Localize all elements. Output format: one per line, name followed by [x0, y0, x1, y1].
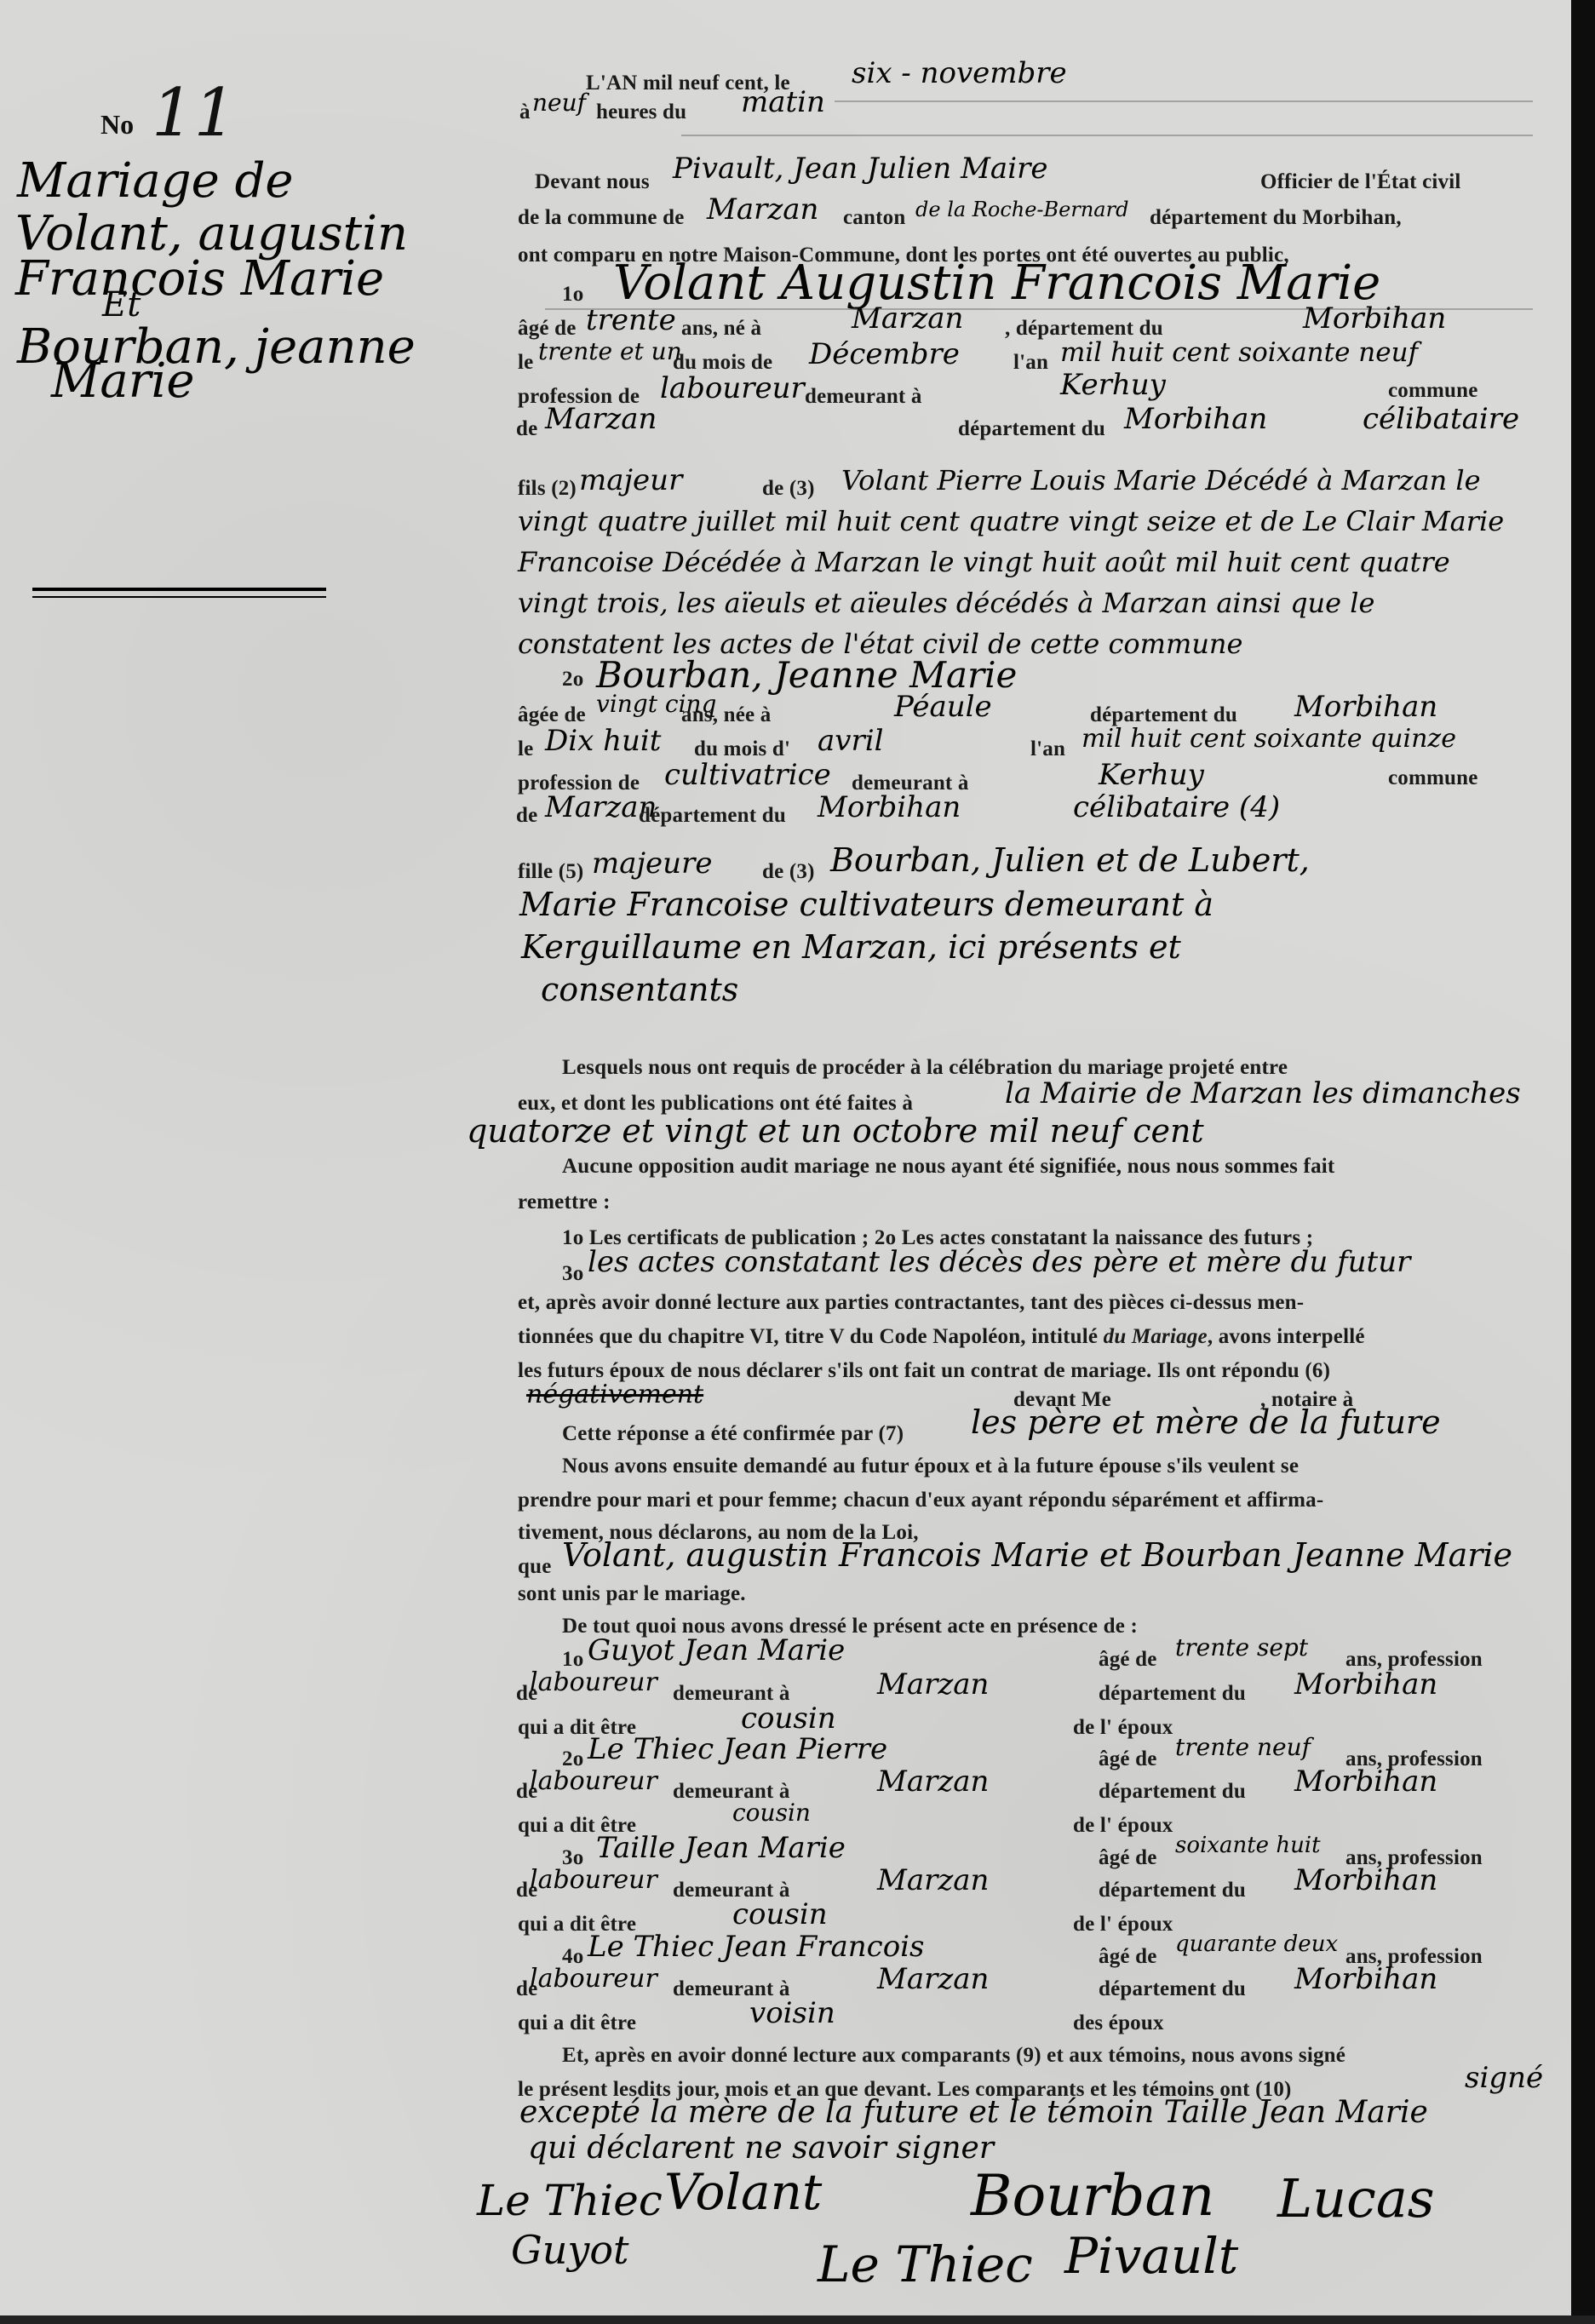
printed-confirmed-by: Cette réponse a été confirmée par (7)	[562, 1422, 904, 1446]
witness-age: soixante huit	[1175, 1833, 1321, 1858]
printed-canton: canton	[843, 206, 905, 230]
printed-contract-1: et, après avoir donné lecture aux partie…	[518, 1291, 1304, 1315]
bride-number: 2o	[562, 668, 583, 691]
groom-profession: laboureur	[660, 371, 805, 405]
item3-number: 3o	[562, 1262, 583, 1286]
printed-groom-residing: demeurant à	[805, 385, 922, 409]
margin-title-line6: Marie	[51, 353, 195, 409]
printed-bride-dept2: département du	[639, 804, 786, 828]
closing-exception-2: qui déclarent ne savoir signer	[528, 2131, 994, 2166]
groom-birth-month: Décembre	[809, 337, 960, 371]
closing-signed: signé	[1465, 2061, 1543, 2095]
printed-hours-du: heures du	[596, 100, 686, 124]
printed-de: de	[516, 417, 537, 441]
bride-birth-month: avril	[818, 724, 883, 758]
groom-age: trente	[586, 303, 676, 337]
printed-union-4: sont unis par le mariage.	[518, 1582, 746, 1606]
groom-birthplace: Marzan	[852, 301, 963, 336]
printed-dept: département du	[1099, 1879, 1246, 1902]
groom-commune: Marzan	[545, 402, 657, 436]
printed-dept: département du	[1099, 1682, 1246, 1706]
witness-dept: Morbihan	[1294, 1765, 1437, 1799]
closing-exception-1: excepté la mère de la future et le témoi…	[519, 2095, 1428, 2130]
witness-profession: laboureur	[530, 1964, 657, 1994]
spouses-names: Volant, augustin Francois Marie et Bourb…	[562, 1536, 1512, 1574]
witness-relation: cousin	[732, 1897, 828, 1931]
bride-status: célibataire (4)	[1073, 790, 1280, 824]
groom-number: 1o	[562, 283, 583, 307]
printed-no-opposition: Aucune opposition audit mariage ne nous …	[562, 1155, 1334, 1179]
witness-profession: laboureur	[530, 1667, 657, 1697]
printed-groom-dept2: département du	[958, 417, 1105, 441]
bride-birth-year: mil huit cent soixante quinze	[1082, 724, 1456, 754]
witness-relation-of: de l' époux	[1073, 1814, 1173, 1838]
printed-officer-title: Officier de l'État civil	[1260, 170, 1461, 194]
witness-name: Le Thiec Jean Francois	[588, 1930, 925, 1964]
bride-parents-line2: Marie Francoise cultivateurs demeurant à	[519, 886, 1213, 923]
printed-bride-of: de (3)	[762, 860, 815, 884]
witness-name: Guyot Jean Marie	[588, 1633, 845, 1667]
margin-divider	[32, 588, 326, 598]
contract-answer: négativement	[526, 1380, 703, 1409]
item3-deaths: les actes constatant les décès des père …	[588, 1245, 1410, 1279]
bride-dept: Morbihan	[818, 790, 961, 824]
bride-majority: majeure	[592, 846, 712, 881]
signature-guyot: Guyot	[511, 2227, 629, 2273]
printed-hour-prefix: à	[519, 100, 531, 124]
printed-contract-2: tionnées que du chapitre VI, titre V du …	[518, 1325, 1365, 1349]
confirmed-by: les père et mère de la future	[971, 1403, 1441, 1441]
printed-de: de	[516, 804, 537, 828]
signature-lucas: Lucas	[1277, 2167, 1435, 2229]
witness-relation-of: de l' époux	[1073, 1913, 1173, 1937]
printed-bride-le: le	[518, 737, 533, 761]
bride-parents-line3: Kerguillaume en Marzan, ici présents et	[521, 928, 1181, 966]
witness-name: Le Thiec Jean Pierre	[588, 1732, 887, 1766]
witness-relation: cousin	[732, 1799, 811, 1827]
printed-groom-le: le	[518, 351, 533, 375]
page-bottom-edge	[0, 2315, 1595, 2324]
margin-title-line3: Francois Marie	[15, 251, 384, 307]
printed-contract-2b: , avons interpellé	[1208, 1325, 1365, 1348]
page-binding-edge	[1571, 0, 1595, 2324]
printed-remettre: remettre :	[518, 1191, 611, 1214]
bride-profession: cultivatrice	[664, 758, 831, 792]
printed-bride-commune: commune	[1388, 766, 1478, 790]
witness-age: quarante deux	[1175, 1931, 1338, 1957]
printed-said-to-be: qui a dit être	[518, 2011, 636, 2035]
witness-dept: Morbihan	[1294, 1863, 1437, 1897]
officer-commune: Marzan	[707, 192, 818, 227]
witness-residence: Marzan	[877, 1863, 989, 1897]
witness-dept: Morbihan	[1294, 1667, 1437, 1701]
groom-birth-year: mil huit cent soixante neuf	[1060, 337, 1418, 368]
act-number: 11	[152, 75, 236, 152]
witness-relation: cousin	[741, 1701, 836, 1736]
bride-parents-line1: Bourban, Julien et de Lubert,	[830, 841, 1310, 879]
witness-profession: laboureur	[530, 1766, 657, 1796]
printed-contract-2a: tionnées que du chapitre VI, titre V du …	[518, 1325, 1098, 1348]
groom-status: célibataire	[1363, 402, 1519, 436]
margin-title-line1: Mariage de	[17, 153, 294, 209]
printed-union-1: Nous avons ensuite demandé au futur épou…	[562, 1455, 1299, 1478]
printed-closing-1: Et, après en avoir donné lecture aux com…	[562, 2044, 1345, 2068]
printed-department: département du Morbihan,	[1150, 206, 1402, 230]
printed-age: âgé de	[1099, 1846, 1157, 1870]
signature-pivault: Pivault	[1064, 2227, 1238, 2285]
printed-groom-year: l'an	[1013, 351, 1048, 375]
signature-le-thiec-2: Le Thiec	[818, 2235, 1033, 2293]
groom-parents: Volant Pierre Louis Marie Décédé à Marza…	[518, 460, 1523, 664]
printed-bride-year: l'an	[1030, 737, 1065, 761]
witness-relation-of: de l' époux	[1073, 1716, 1173, 1740]
witness-profession: laboureur	[530, 1865, 657, 1895]
line	[835, 100, 1533, 102]
publications-dates: quatorze et vingt et un octobre mil neuf…	[467, 1112, 1204, 1150]
printed-bride-daughter: fille (5)	[518, 860, 583, 884]
printed-code-title: du Mariage	[1104, 1325, 1208, 1348]
witness-relation: voisin	[749, 1996, 835, 2030]
signature-bourban: Bourban	[971, 2163, 1214, 2229]
printed-devant-nous: Devant nous	[535, 170, 650, 194]
act-number-label: No	[100, 109, 134, 141]
groom-birth-day: trente et un	[538, 337, 682, 365]
witness-age: trente neuf	[1175, 1733, 1311, 1761]
bride-birth-day: Dix huit	[545, 724, 661, 758]
witness-name: Taille Jean Marie	[596, 1831, 846, 1865]
printed-union-2: prendre pour mari et pour femme; chacun …	[518, 1489, 1323, 1512]
witness-residence: Marzan	[877, 1667, 989, 1701]
witness-residence: Marzan	[877, 1962, 989, 1996]
hour: neuf	[532, 89, 586, 117]
witness-age: trente sept	[1175, 1633, 1308, 1661]
groom-residence: Kerhuy	[1060, 368, 1166, 402]
period: matin	[741, 85, 825, 119]
printed-age: âgé de	[1099, 1648, 1157, 1672]
officer-name: Pivault, Jean Julien Maire	[673, 152, 1047, 186]
printed-commune-de: de la commune de	[518, 206, 685, 230]
bride-birth-dept: Morbihan	[1294, 690, 1437, 724]
witness-dept: Morbihan	[1294, 1962, 1437, 1996]
publications-place: la Mairie de Marzan les dimanches	[1005, 1076, 1521, 1110]
printed-dept: département du	[1099, 1977, 1246, 2001]
printed-groom-born: ans, né à	[681, 317, 761, 341]
printed-que: que	[518, 1555, 552, 1579]
bride-parents-line4: consentants	[541, 971, 738, 1008]
printed-age: âgé de	[1099, 1945, 1157, 1969]
signature-le-thiec-1: Le Thiec	[477, 2176, 663, 2225]
printed-dept: département du	[1099, 1780, 1246, 1804]
line	[681, 135, 1533, 136]
bride-birthplace: Péaule	[894, 690, 992, 724]
officer-canton: de la Roche-Bernard	[915, 198, 1128, 221]
date-day-month: six - novembre	[852, 56, 1067, 90]
groom-name: Volant Augustin Francois Marie	[613, 255, 1380, 311]
printed-bride-born: ans, née à	[681, 703, 771, 727]
witness-relation-of: des époux	[1073, 2011, 1164, 2035]
bride-residence: Kerhuy	[1099, 758, 1204, 792]
printed-groom-commune: commune	[1388, 379, 1478, 403]
groom-birth-dept: Morbihan	[1303, 301, 1446, 336]
witness-residence: Marzan	[877, 1765, 989, 1799]
groom-dept: Morbihan	[1124, 402, 1267, 436]
signature-volant: Volant	[664, 2163, 822, 2221]
printed-age: âgé de	[1099, 1747, 1157, 1771]
